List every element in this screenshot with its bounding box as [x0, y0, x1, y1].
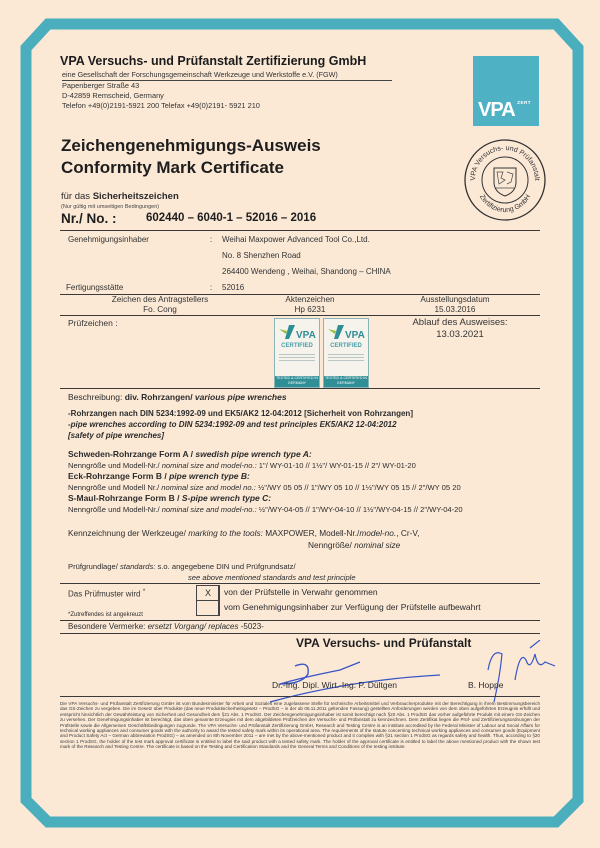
- description-line: Beschreibung: div. Rohrzangen/ various p…: [68, 392, 287, 402]
- sample-kept-by-holder-checkbox: [196, 600, 220, 616]
- svg-text:VPA: VPA: [345, 330, 365, 341]
- marking-size-it: nominal size: [352, 540, 400, 550]
- badge-fine-print: [279, 352, 315, 366]
- product-a-title-en: swedish pipe wrench type A:: [195, 449, 311, 459]
- marking-size: Nenngröße/: [308, 540, 352, 550]
- marking-value-end: , Cr-V,: [396, 528, 419, 538]
- applicant-ref-value: Fo. Cong: [60, 305, 260, 314]
- remarks-value-de: ersetzt Vorgang/: [148, 622, 206, 631]
- divider: [60, 620, 540, 621]
- product-b-title: Eck-Rohrzange Form B / pipe wrench type …: [68, 471, 250, 481]
- holder-sep: :: [210, 235, 212, 244]
- product-a-models: Nenngröße und Modell-Nr./ nominal size a…: [68, 461, 416, 470]
- sample-option-holder: vom Genehmigungsinhaber zur Verfügung de…: [224, 602, 481, 612]
- seal-emblem-icon: VPA Versuchs- und Prüfanstalt Zertifizie…: [463, 138, 547, 222]
- holder-company: Weihai Maxpower Advanced Tool Co.,Ltd.: [222, 235, 370, 244]
- divider: [60, 696, 540, 697]
- svg-text:VPA: VPA: [296, 330, 316, 341]
- product-b-models: Nenngröße und Modell Nr./ nominal size a…: [68, 483, 461, 492]
- marking-value-it: model-no.: [359, 528, 396, 538]
- size-label-de: Nenngröße und Modell-Nr./: [68, 461, 162, 470]
- vpa-certified-badge: VPA CERTIFIED TESTED & CERTIFIED IN GERM…: [274, 318, 320, 388]
- divider: [60, 583, 540, 584]
- number-label: Nr./ No. :: [61, 211, 117, 226]
- model-list: ½"/WY 05 05 // 1"/WY 05 10 // 1½"/WY 05 …: [256, 483, 461, 492]
- marking-value: MAXPOWER, Modell-Nr./: [263, 528, 359, 538]
- vpa-badge-logo-icon: VPA: [326, 323, 366, 341]
- vpa-badge-logo-icon: VPA: [277, 323, 317, 341]
- sample-option-lab: von der Prüfstelle in Verwahr genommen: [224, 587, 378, 597]
- product-c-title-de: S-Maul-Rohrzange Form B /: [68, 493, 182, 503]
- divider: [60, 230, 540, 231]
- mark-for-prefix: für das: [61, 191, 93, 202]
- standards-label-en: standards:: [118, 562, 156, 571]
- validity-note: (Nur gültig mit umseitigen Bedingungen): [61, 204, 159, 210]
- product-a-title: Schweden-Rohrzange Form A / swedish pipe…: [68, 449, 312, 459]
- factory-sep: :: [210, 283, 212, 292]
- issue-date-label: Ausstellungsdatum: [380, 295, 530, 304]
- badge-certified-text: CERTIFIED: [275, 343, 319, 349]
- badge-footer: TESTED & CERTIFIED IN GERMANY: [275, 376, 319, 387]
- product-b-title-en: pipe wrench type B:: [169, 471, 250, 481]
- signer-2: B. Hoppe: [468, 680, 503, 690]
- size-label-en: nominal size and model-no.:: [162, 505, 257, 514]
- issuer-city: D-42859 Remscheid, Germany: [62, 91, 164, 100]
- issuer-subtitle: eine Gesellschaft der Forschungsgemeinsc…: [62, 70, 392, 81]
- divider: [60, 388, 540, 389]
- title-english: Conformity Mark Certificate: [61, 158, 284, 178]
- standard-en-2: [safety of pipe wrenches]: [68, 431, 164, 440]
- standard-en-1: -pipe wrenches according to DIN 5234:199…: [68, 420, 397, 429]
- mark-type: für das Sicherheitszeichen: [61, 191, 179, 202]
- remarks-value-en: replaces: [206, 622, 238, 631]
- factory-value: 52016: [222, 283, 244, 292]
- description-label: Beschreibung:: [68, 392, 125, 402]
- vpa-certified-badge: VPA CERTIFIED TESTED & CERTIFIED IN GERM…: [323, 318, 369, 388]
- footnote: *Zutreffendes ist angekreuzt: [68, 612, 143, 618]
- issuer-phone: Telefon +49(0)2191-5921 200 Telefax +49(…: [62, 101, 260, 110]
- divider: [60, 633, 540, 634]
- expiry-date: 13.03.2021: [390, 329, 530, 340]
- model-list: 1"/ WY-01-10 // 1½"/ WY-01-15 // 2"/ WY-…: [257, 461, 416, 470]
- svg-text:Zertifizierung GmbH: Zertifizierung GmbH: [478, 194, 532, 214]
- badge-footer: TESTED & CERTIFIED IN GERMANY: [324, 376, 368, 387]
- legal-text: Die VPA Versuchs- und Prüfanstalt Zertif…: [60, 701, 540, 750]
- marking-label-en: marking to the tools:: [186, 528, 263, 538]
- marking-line-2: Nenngröße/ nominal size: [308, 540, 400, 550]
- sample-kept-by-lab-checkbox: X: [196, 585, 220, 601]
- standard-de: -Rohrzangen nach DIN 5234:1992-09 und EK…: [68, 409, 413, 418]
- sample-label-text: Das Prüfmuster wird: [68, 590, 140, 599]
- svg-text:VPA Versuchs- und Prüfanstalt: VPA Versuchs- und Prüfanstalt: [470, 145, 540, 181]
- remarks-line: Besondere Vermerke: ersetzt Vorgang/ rep…: [68, 622, 264, 631]
- mark-for-bold: Sicherheitszeichen: [93, 191, 179, 202]
- issue-date-value: 15.03.2016: [380, 305, 530, 314]
- applicant-ref-label: Zeichen des Antragstellers: [60, 295, 260, 304]
- standards-label-de: Prüfgrundlage/: [68, 562, 118, 571]
- logo-vpa-text: VPA: [478, 99, 515, 122]
- certificate-number: 602440 – 6040-1 – 52016 – 2016: [146, 212, 316, 224]
- size-label-en: nominal size and model no.:: [161, 483, 256, 492]
- logo-zert-text: ZERT: [517, 100, 531, 105]
- size-label-de: Nenngröße und Modell Nr./: [68, 483, 161, 492]
- model-list: ½"/WY-04-05 // 1"/WY-04-10 // 1½"/WY-04-…: [257, 505, 463, 514]
- remarks-value-end: -5023-: [238, 622, 263, 631]
- divider: [60, 315, 540, 316]
- holder-city: 264400 Wendeng , Weihai, Shandong – CHIN…: [222, 267, 391, 276]
- description-value-de: div. Rohrzangen/: [125, 392, 193, 402]
- product-b-title-de: Eck-Rohrzange Form B /: [68, 471, 169, 481]
- file-ref-label: Aktenzeichen: [260, 295, 360, 304]
- title-german: Zeichengenehmigungs-Ausweis: [61, 136, 321, 156]
- expiry-label: Ablauf des Ausweises:: [390, 317, 530, 328]
- badge-fine-print: [328, 352, 364, 366]
- file-ref-value: Hp 6231: [260, 305, 360, 314]
- badge-certified-text: CERTIFIED: [324, 343, 368, 349]
- remarks-label: Besondere Vermerke:: [68, 622, 148, 631]
- sample-asterisk: *: [143, 588, 146, 595]
- test-mark-label: Prüfzeichen :: [68, 318, 118, 328]
- product-c-title: S-Maul-Rohrzange Form B / S-pipe wrench …: [68, 493, 271, 503]
- size-label-de: Nenngröße und Modell-Nr./: [68, 505, 162, 514]
- size-label-en: nominal size and model-no.:: [162, 461, 257, 470]
- marking-line: Kennzeichnung der Werkzeuge/ marking to …: [68, 528, 419, 538]
- product-c-title-en: S-pipe wrench type C:: [182, 493, 271, 503]
- issuer-name: VPA Versuchs- und Prüfanstalt Zertifizie…: [60, 54, 366, 68]
- issuer-street: Papenberger Straße 43: [62, 81, 139, 90]
- marking-label-de: Kennzeichnung der Werkzeuge/: [68, 528, 186, 538]
- holder-street: No. 8 Shenzhen Road: [222, 251, 301, 260]
- standards-line: Prüfgrundlage/ standards: s.o. angegeben…: [68, 562, 296, 571]
- description-value-en: various pipe wrenches: [193, 392, 287, 402]
- checkbox-divider: [218, 585, 219, 616]
- signer-1: Dr.-Ing. Dipl. Wirt.-Ing. P. Dültgen: [272, 680, 397, 690]
- vpa-logo-icon: ZERT VPA: [473, 56, 539, 126]
- holder-label: Genehmigungsinhaber: [68, 235, 149, 244]
- standards-value-de: s.o. angegebene DIN und Prüfgrundsatz/: [155, 562, 295, 571]
- sample-label: Das Prüfmuster wird *: [68, 588, 145, 599]
- product-a-title-de: Schweden-Rohrzange Form A /: [68, 449, 195, 459]
- product-c-models: Nenngröße und Modell-Nr./ nominal size a…: [68, 505, 463, 514]
- factory-label: Fertigungsstätte: [66, 283, 123, 292]
- standards-value-en: see above mentioned standards and test p…: [188, 573, 356, 582]
